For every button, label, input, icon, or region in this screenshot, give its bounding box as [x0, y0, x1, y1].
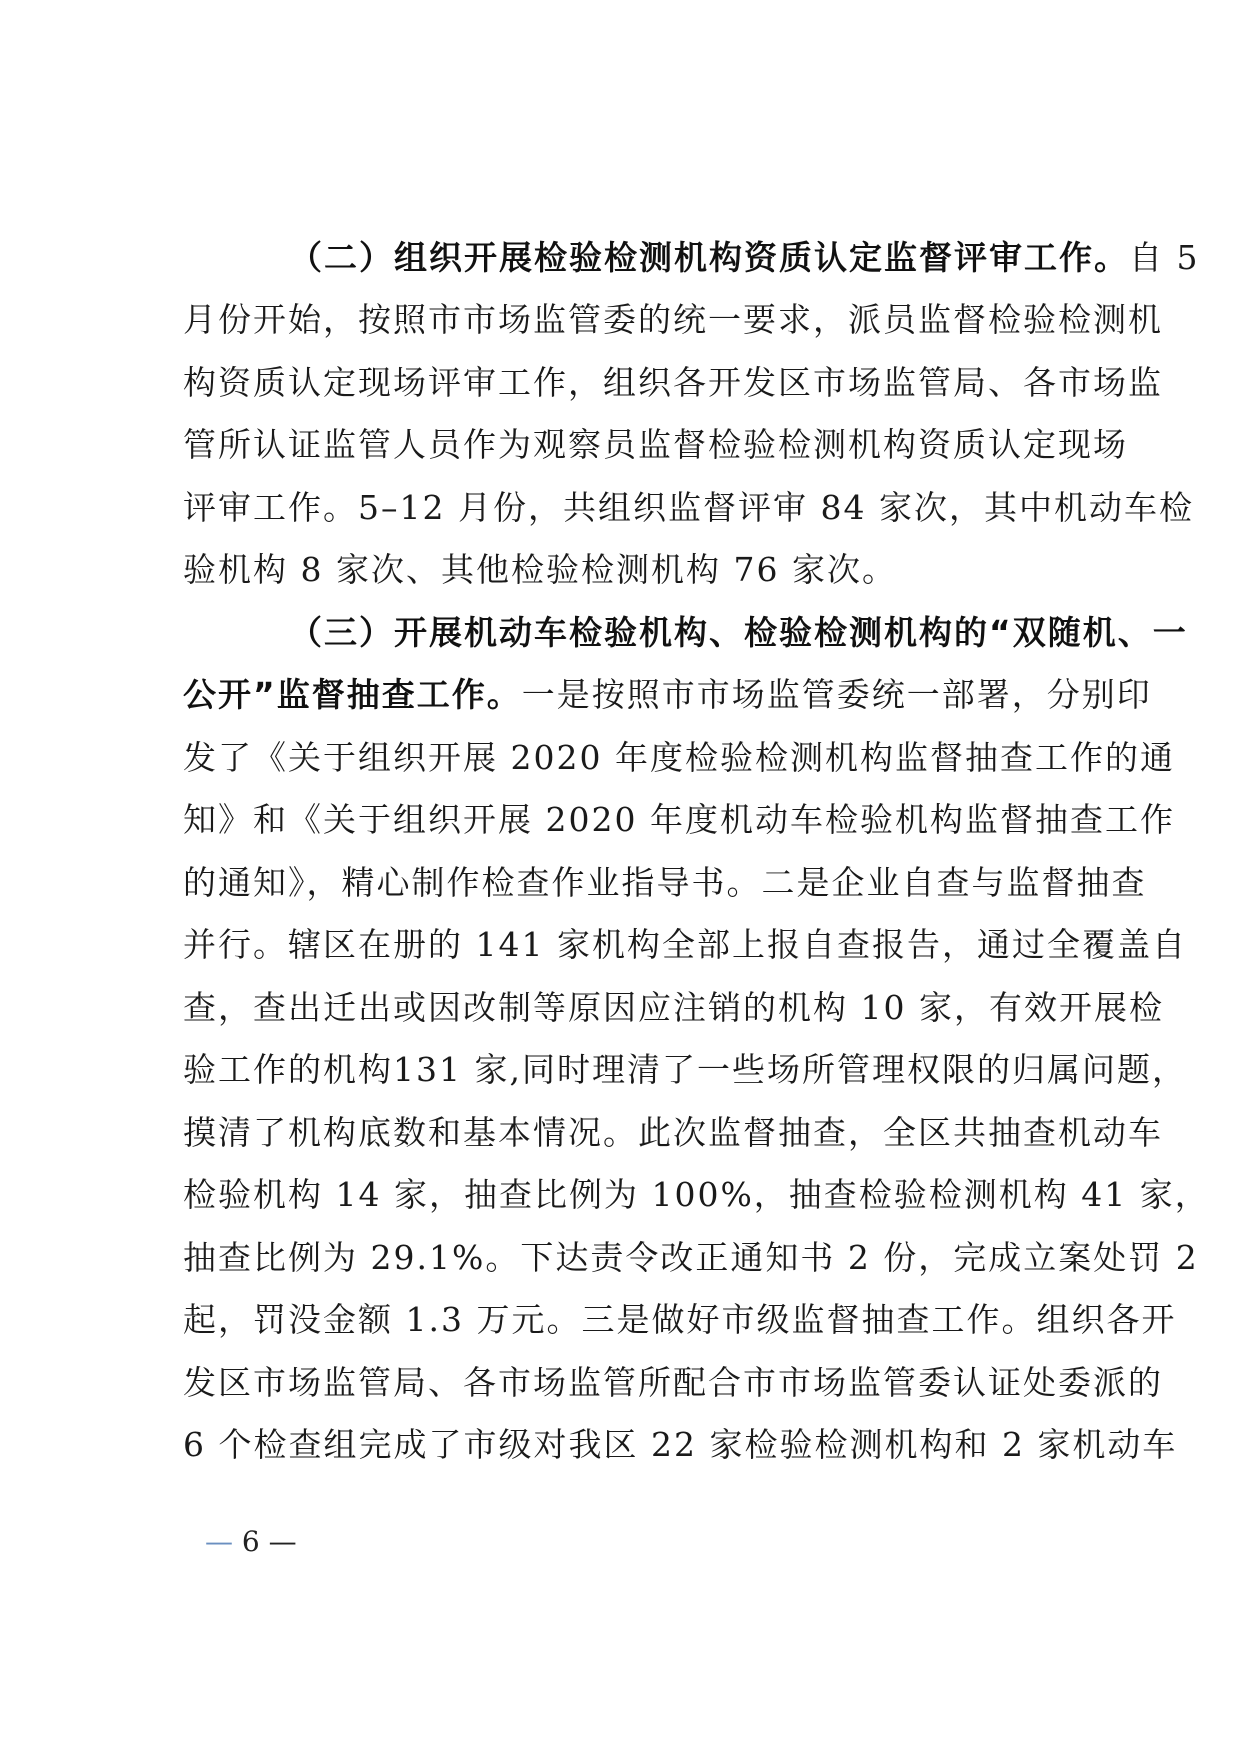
- text-line: 发区市场监管局、各市场监管所配合市市场监管委认证处委派的: [183, 1352, 1080, 1414]
- text-line: 月份开始，按照市市场监管委的统一要求，派员监督检验检测机: [183, 289, 1080, 351]
- line-text: 自 5: [1129, 238, 1200, 277]
- text-line: 验机构 8 家次、其他检验检测机构 76 家次。: [183, 539, 1080, 601]
- text-line: （三）开展机动车检验机构、检验检测机构的“双随机、一: [289, 602, 1080, 664]
- document-page: （二）组织开展检验检测机构资质认定监督评审工作。自 5 月份开始，按照市市场监管…: [0, 0, 1241, 1754]
- section-heading-continued: 公开”监督抽查工作。: [183, 675, 522, 714]
- text-line: 抽查比例为 29.1%。下达责令改正通知书 2 份，完成立案处罚 2: [183, 1227, 1080, 1289]
- text-line: 验工作的机构131 家,同时理清了一些场所管理权限的归属问题，: [183, 1039, 1080, 1101]
- section-heading: （二）组织开展检验检测机构资质认定监督评审工作。: [289, 238, 1129, 277]
- text-line: 摸清了机构底数和基本情况。此次监督抽查，全区共抽查机动车: [183, 1102, 1080, 1164]
- text-line: 并行。辖区在册的 141 家机构全部上报自查报告，通过全覆盖自: [183, 914, 1080, 976]
- text-line: 构资质认定现场评审工作，组织各开发区市场监管局、各市场监: [183, 352, 1080, 414]
- text-line: 检验机构 14 家，抽查比例为 100%，抽查检验检测机构 41 家，: [183, 1164, 1080, 1226]
- text-line: 6 个检查组完成了市级对我区 22 家检验检测机构和 2 家机动车: [183, 1414, 1080, 1476]
- text-line: 的通知》，精心制作检查作业指导书。二是企业自查与监督抽查: [183, 852, 1080, 914]
- page-number-value: 6: [242, 1525, 260, 1558]
- page-number-left-dash: —: [205, 1525, 233, 1558]
- text-line: 查，查出迁出或因改制等原因应注销的机构 10 家，有效开展检: [183, 977, 1080, 1039]
- text-line: 公开”监督抽查工作。一是按照市市场监管委统一部署，分别印: [183, 664, 1080, 726]
- page-number-right-dash: —: [269, 1525, 297, 1558]
- text-line: 评审工作。5–12 月份，共组织监督评审 84 家次，其中机动车检: [183, 477, 1080, 539]
- text-line: 管所认证监管人员作为观察员监督检验检测机构资质认定现场: [183, 414, 1080, 476]
- line-text: 一是按照市市场监管委统一部署，分别印: [522, 675, 1152, 714]
- page-number: — 6 —: [205, 1522, 297, 1562]
- text-line: （二）组织开展检验检测机构资质认定监督评审工作。自 5: [289, 227, 1080, 289]
- text-line: 知》和《关于组织开展 2020 年度机动车检验机构监督抽查工作: [183, 789, 1080, 851]
- section-heading: （三）开展机动车检验机构、检验检测机构的“双随机、一: [289, 613, 1188, 652]
- text-line: 发了《关于组织开展 2020 年度检验检测机构监督抽查工作的通: [183, 727, 1080, 789]
- text-line: 起，罚没金额 1.3 万元。三是做好市级监督抽查工作。组织各开: [183, 1289, 1080, 1351]
